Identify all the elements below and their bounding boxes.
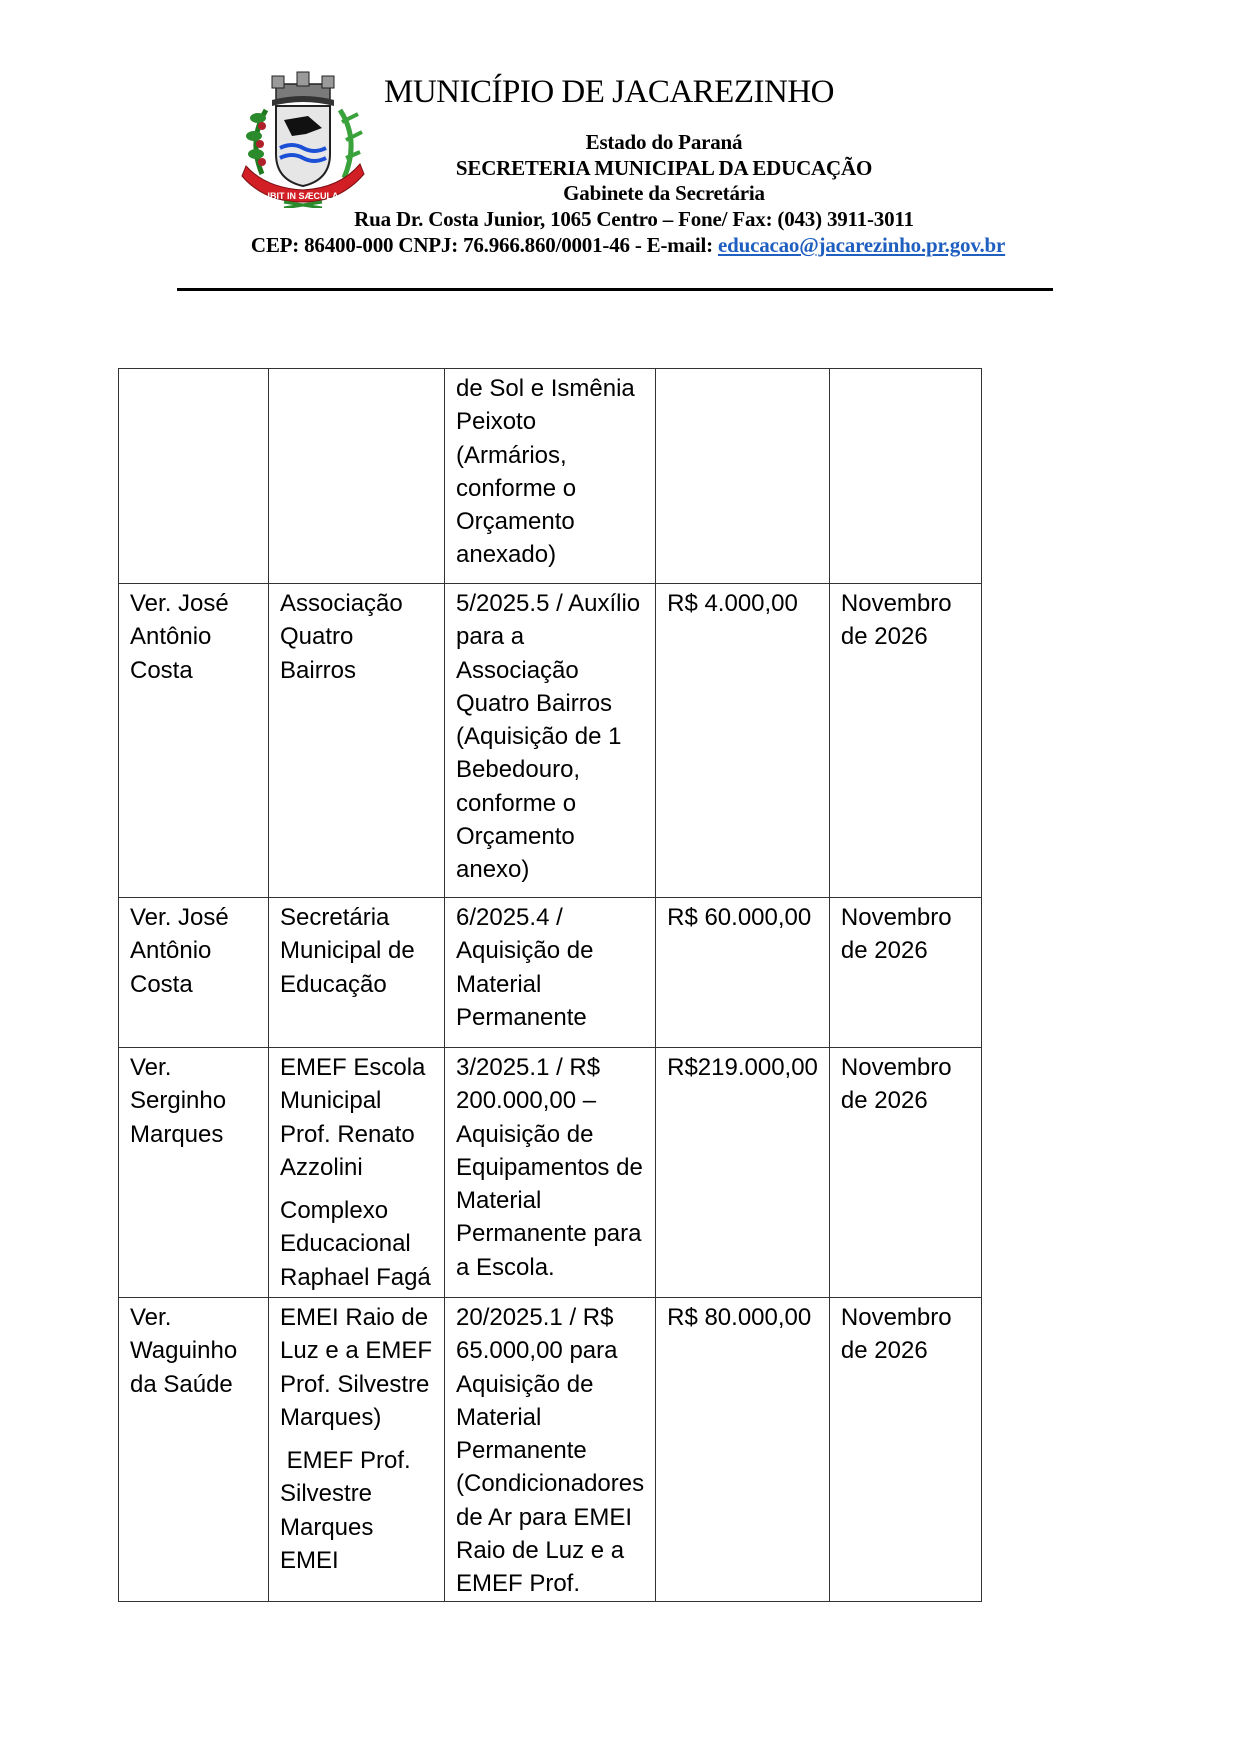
table-row: Ver. José Antônio Costa Secretária Munic… [119, 898, 982, 1048]
table-row: Ver. José Antônio Costa Associação Quatr… [119, 584, 982, 898]
beneficiary-text: EMEI Raio de Luz e a EMEF Prof. Silvestr… [280, 1301, 433, 1434]
author-text: Ver. Waguinho da Saúde [130, 1301, 257, 1401]
description-cell: de Sol e Ismênia Peixoto (Armários, conf… [445, 369, 656, 584]
beneficiary-cell [269, 369, 445, 584]
deadline-cell: Novembro de 2026 [829, 584, 981, 898]
value-text: R$ 80.000,00 [667, 1301, 818, 1334]
amendments-table: de Sol e Ismênia Peixoto (Armários, conf… [118, 368, 982, 1602]
value-cell: R$ 4.000,00 [656, 584, 830, 898]
author-cell: Ver. José Antônio Costa [119, 584, 269, 898]
beneficiary-text: Secretária Municipal de Educação [280, 901, 433, 1001]
address-line: Rua Dr. Costa Junior, 1065 Centro – Fone… [14, 207, 1240, 232]
description-text: 3/2025.1 / R$ 200.000,00 – Aquisição de … [456, 1051, 644, 1284]
department-name: SECRETERIA MUNICIPAL DA EDUCAÇÃO [44, 156, 1240, 181]
author-cell: Ver. Waguinho da Saúde [119, 1298, 269, 1602]
author-cell [119, 369, 269, 584]
email-link[interactable]: educacao@jacarezinho.pr.gov.br [718, 233, 1005, 257]
beneficiary-text: EMEF Prof. Silvestre Marques EMEI [280, 1444, 433, 1577]
description-cell: 5/2025.5 / Auxílio para a Associação Qua… [445, 584, 656, 898]
office-name: Gabinete da Secretária [44, 181, 1240, 206]
table-row: Ver. Waguinho da Saúde EMEI Raio de Luz … [119, 1298, 982, 1602]
beneficiary-cell: Secretária Municipal de Educação [269, 898, 445, 1048]
beneficiary-cell: EMEI Raio de Luz e a EMEF Prof. Silvestr… [269, 1298, 445, 1602]
value-cell: R$ 60.000,00 [656, 898, 830, 1048]
value-text: R$ 4.000,00 [667, 587, 818, 620]
deadline-cell [829, 369, 981, 584]
contact-line: CEP: 86400-000 CNPJ: 76.966.860/0001-46 … [8, 233, 1240, 258]
organization-name: MUNICÍPIO DE JACAREZINHO [384, 74, 834, 111]
table-row: de Sol e Ismênia Peixoto (Armários, conf… [119, 369, 982, 584]
value-text: R$219.000,00 [667, 1051, 818, 1084]
description-cell: 20/2025.1 / R$ 65.000,00 para Aquisição … [445, 1298, 656, 1602]
beneficiary-text: Complexo Educacional Raphael Fagá [280, 1194, 433, 1294]
value-text: R$ 60.000,00 [667, 901, 818, 934]
description-text: 5/2025.5 / Auxílio para a Associação Qua… [456, 587, 644, 887]
table-row: Ver. Serginho Marques EMEF Escola Munici… [119, 1048, 982, 1298]
beneficiary-cell: EMEF Escola Municipal Prof. Renato Azzol… [269, 1048, 445, 1298]
beneficiary-cell: Associação Quatro Bairros [269, 584, 445, 898]
author-text: Ver. José Antônio Costa [130, 901, 257, 1001]
deadline-cell: Novembro de 2026 [829, 898, 981, 1048]
description-cell: 3/2025.1 / R$ 200.000,00 – Aquisição de … [445, 1048, 656, 1298]
deadline-cell: Novembro de 2026 [829, 1048, 981, 1298]
deadline-text: Novembro de 2026 [841, 1051, 970, 1118]
value-cell: R$ 80.000,00 [656, 1298, 830, 1602]
author-text: Ver. José Antônio Costa [130, 587, 257, 687]
registration-ids: CEP: 86400-000 CNPJ: 76.966.860/0001-46 … [251, 233, 718, 257]
author-cell: Ver. José Antônio Costa [119, 898, 269, 1048]
deadline-text: Novembro de 2026 [841, 1301, 970, 1368]
description-text: de Sol e Ismênia Peixoto (Armários, conf… [456, 372, 644, 572]
state-name: Estado do Paraná [44, 130, 1240, 155]
value-cell [656, 369, 830, 584]
description-text: 6/2025.4 / Aquisição de Material Permane… [456, 901, 644, 1034]
deadline-text: Novembro de 2026 [841, 901, 970, 968]
description-text: 20/2025.1 / R$ 65.000,00 para Aquisição … [456, 1301, 644, 1601]
deadline-text: Novembro de 2026 [841, 587, 970, 654]
header-divider [177, 288, 1053, 291]
value-cell: R$219.000,00 [656, 1048, 830, 1298]
beneficiary-text: EMEF Escola Municipal Prof. Renato Azzol… [280, 1051, 433, 1184]
beneficiary-text: Associação Quatro Bairros [280, 587, 433, 687]
description-cell: 6/2025.4 / Aquisição de Material Permane… [445, 898, 656, 1048]
document-page: IBIT IN SÆCULA MUNICÍPIO DE JACAREZINHO … [0, 0, 1240, 1755]
author-cell: Ver. Serginho Marques [119, 1048, 269, 1298]
deadline-cell: Novembro de 2026 [829, 1298, 981, 1602]
author-text: Ver. Serginho Marques [130, 1051, 257, 1151]
